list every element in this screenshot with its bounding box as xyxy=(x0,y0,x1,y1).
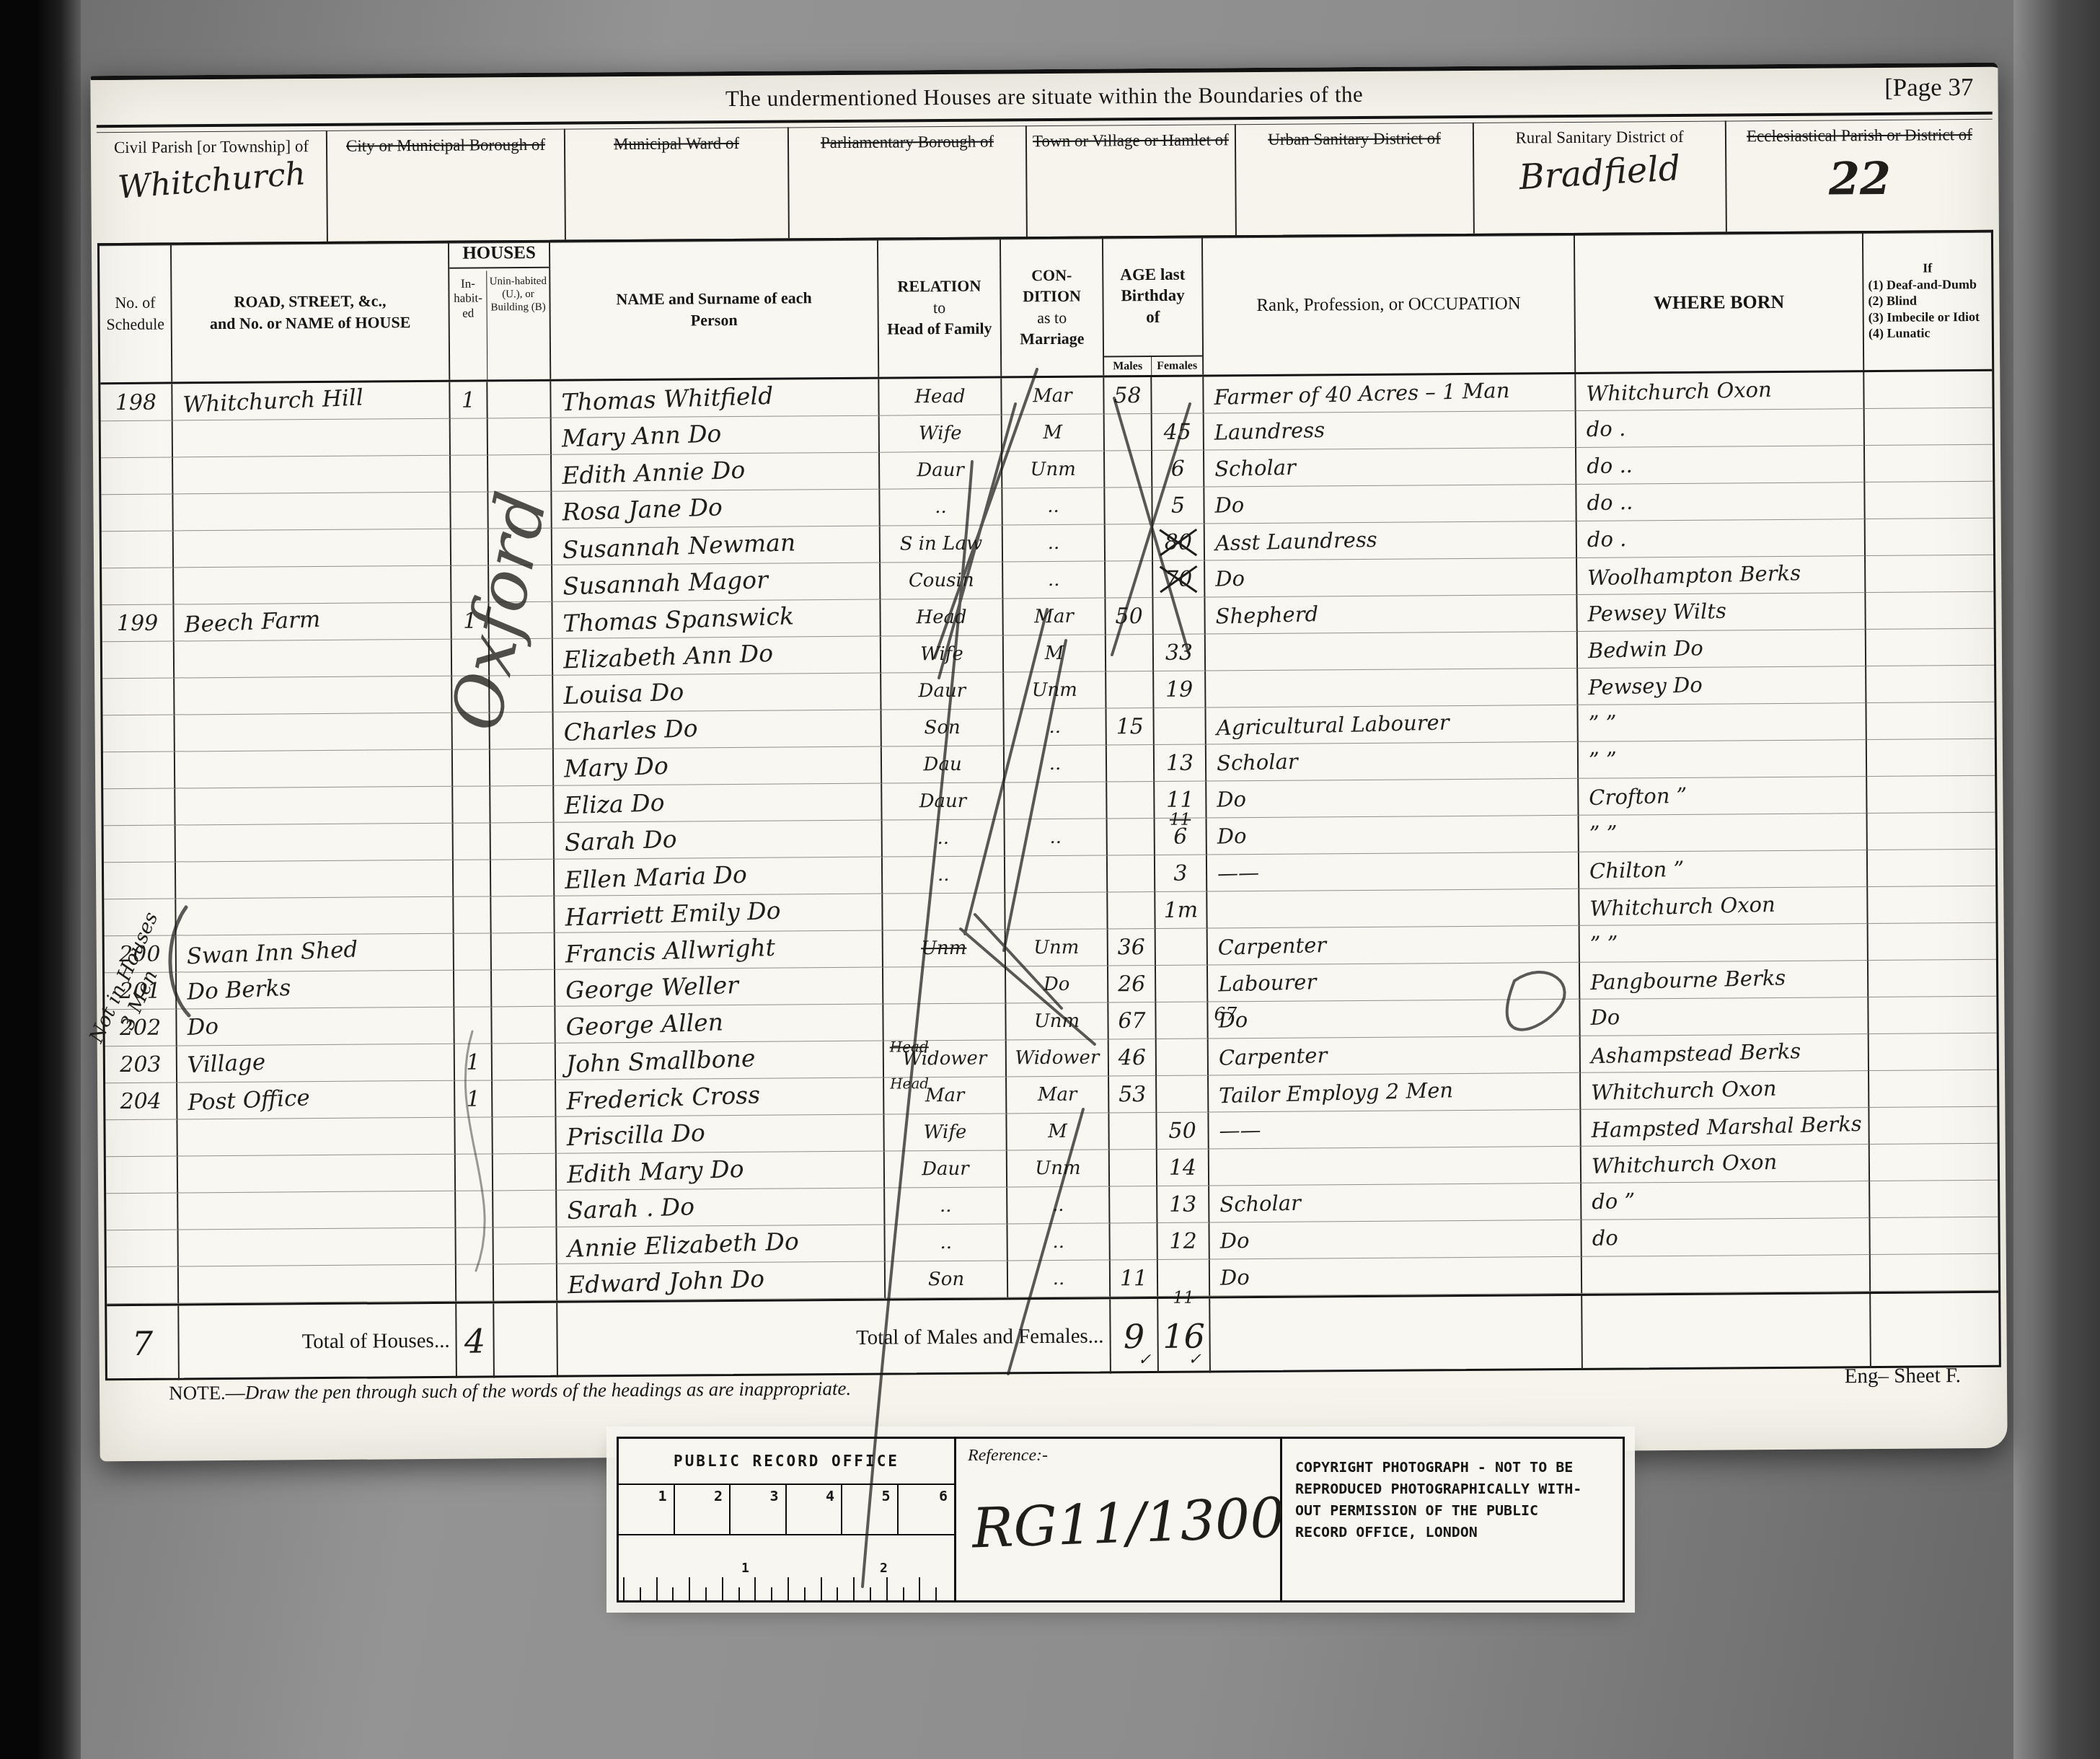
infirmity xyxy=(1865,445,1993,482)
age-female-text: 13 xyxy=(1169,1191,1196,1217)
pro-copyright-notice: COPYRIGHT PHOTOGRAPH - NOT TO BEREPRODUC… xyxy=(1282,1439,1623,1600)
houses-uninhabited xyxy=(493,1117,556,1155)
relation-to-head: S in Law xyxy=(881,525,1003,563)
district-box-0: Civil Parish [or Township] ofWhitchurch xyxy=(97,131,328,243)
totals-males: 9✓ xyxy=(1111,1299,1159,1373)
schedule-number xyxy=(101,494,173,532)
person-name: Rosa Jane Do xyxy=(552,490,880,529)
schedule-number xyxy=(104,825,176,863)
where-born-text: do xyxy=(1592,1225,1618,1251)
pro-copyright-line: OUT PERMISSION OF THE PUBLIC xyxy=(1295,1499,1610,1521)
road-house-name xyxy=(178,1155,456,1194)
where-born: Bedwin Do xyxy=(1578,630,1866,669)
road-house-name xyxy=(175,787,453,826)
occupation-text: Do xyxy=(1219,1228,1250,1253)
age-male: 15 xyxy=(1106,708,1154,745)
infirmity xyxy=(1869,1033,1997,1071)
col-header-name: NAME and Surname of eachPerson xyxy=(550,240,879,379)
person-name-text: George Allen xyxy=(565,1008,724,1041)
person-name-text: Edward John Do xyxy=(567,1264,764,1299)
marriage-condition: Widower xyxy=(1007,1039,1109,1077)
age-female: 1111 xyxy=(1155,781,1206,819)
marriage-condition-text: Unm xyxy=(1032,679,1078,701)
infirmity xyxy=(1866,629,1994,666)
age-male xyxy=(1106,561,1153,598)
public-record-office-strip: PUBLIC RECORD OFFICE 123456 1 2 Referenc… xyxy=(617,1437,1625,1603)
age-female: 3 xyxy=(1155,855,1207,892)
occupation: —— xyxy=(1207,852,1579,892)
col-header-houses: HOUSES In-habit-ed Unin-habited (U.), or… xyxy=(449,242,551,380)
pro-ruler-section: PUBLIC RECORD OFFICE 123456 1 2 xyxy=(619,1439,956,1600)
age-female xyxy=(1156,1002,1208,1039)
age-male xyxy=(1110,1223,1157,1260)
relation-to-head-text: Son xyxy=(924,717,960,739)
schedule-number xyxy=(103,788,175,826)
infirmity xyxy=(1865,482,1993,519)
where-born-text: ” ” xyxy=(1589,931,1618,956)
marriage-condition-text: M xyxy=(1048,1121,1067,1142)
houses-inhabited-text: 1 xyxy=(466,1049,480,1075)
relation-to-head: .. xyxy=(883,819,1005,857)
road-house-name: Post Office xyxy=(177,1081,455,1120)
relation-to-head: Daur xyxy=(882,782,1005,820)
pro-ruler-numbers: 123456 xyxy=(619,1485,954,1535)
schedule-number xyxy=(103,751,175,789)
relation-to-head xyxy=(883,893,1005,930)
age-male xyxy=(1110,1150,1157,1186)
footer-note: NOTE.—Draw the pen through such of the w… xyxy=(169,1377,851,1405)
age-male xyxy=(1108,855,1155,892)
relation-to-head: Dau xyxy=(882,746,1005,783)
relation-to-head-text: Daur xyxy=(918,680,966,702)
col-header-females: Females xyxy=(1152,356,1202,375)
houses-uninhabited xyxy=(494,1264,557,1302)
marriage-condition: Unm xyxy=(1004,671,1106,709)
person-name: Priscilla Do xyxy=(556,1115,884,1154)
relation-to-head: Cousin xyxy=(881,562,1003,599)
occupation-text: Do xyxy=(1215,566,1245,591)
houses-inhabited xyxy=(455,1117,493,1154)
houses-inhabited xyxy=(453,749,490,786)
person-name: Susannah Newman xyxy=(552,526,881,565)
road-house-name-text: Do Berks xyxy=(186,975,291,1005)
road-house-name: Village xyxy=(177,1044,455,1083)
person-name-text: Frederick Cross xyxy=(566,1080,761,1115)
relation-to-head: .. xyxy=(885,1224,1007,1261)
road-house-name-text: Swan Inn Shed xyxy=(186,937,358,970)
marriage-condition-text: Mar xyxy=(1034,606,1074,627)
occupation: Do xyxy=(1207,816,1579,855)
district-header-band: Civil Parish [or Township] ofWhitchurchC… xyxy=(97,119,1993,246)
occupation-text: Scholar xyxy=(1214,455,1296,482)
handwritten-value: Whitchurch xyxy=(116,155,306,206)
schedule-number: 204 xyxy=(105,1083,177,1120)
houses-inhabited xyxy=(453,786,490,823)
sheet-series-label: Eng– Sheet F. xyxy=(1845,1364,1961,1388)
person-name-text: Edith Mary Do xyxy=(566,1154,744,1188)
occupation: Scholar xyxy=(1209,1183,1581,1223)
person-name: Eliza Do xyxy=(554,784,882,823)
table-header-row: No. ofSchedule ROAD, STREET, &c.,and No.… xyxy=(100,232,1992,384)
relation-superscript: Head xyxy=(890,1038,929,1055)
where-born-text: Crofton ” xyxy=(1589,783,1687,810)
person-name: Sarah . Do xyxy=(557,1189,885,1227)
schedule-number xyxy=(106,1193,178,1230)
where-born-text: do .. xyxy=(1587,453,1633,479)
marriage-condition: Mar xyxy=(1003,598,1106,635)
infirmity xyxy=(1869,1070,1997,1108)
age-female-text: 19 xyxy=(1165,676,1193,702)
age-female-text: 12 xyxy=(1169,1228,1196,1253)
marriage-condition-text: Do xyxy=(1044,974,1070,995)
occupation-text: Carpenter xyxy=(1218,1043,1327,1070)
marriage-condition: .. xyxy=(1007,1223,1110,1261)
where-born: Whitchurch Oxon xyxy=(1581,1071,1869,1110)
relation-to-head-text: Daur xyxy=(917,459,964,481)
person-name-text: Sarah . Do xyxy=(567,1192,695,1225)
houses-inhabited xyxy=(454,860,491,896)
age-female-text: 70 xyxy=(1165,566,1192,591)
age-male xyxy=(1106,524,1153,561)
col-header-road: ROAD, STREET, &c.,and No. or NAME of HOU… xyxy=(172,243,450,382)
occupation: Do xyxy=(1209,1220,1581,1260)
person-name-text: Rosa Jane Do xyxy=(562,493,723,526)
occupation: Carpenter xyxy=(1208,926,1580,966)
relation-to-head-text: Wife xyxy=(919,423,962,444)
age-female: 45 xyxy=(1152,413,1204,451)
marriage-condition: M xyxy=(1007,1113,1109,1150)
occupation: Asst Laundress xyxy=(1205,521,1577,561)
person-name: Edith Annie Do xyxy=(552,453,880,492)
occupation-margin-note: 67 xyxy=(1214,1003,1237,1024)
age-female-text: 14 xyxy=(1169,1155,1196,1180)
infirmity-header-line: (2) Blind xyxy=(1868,294,1917,309)
road-house-name-text: Beech Farm xyxy=(184,607,321,638)
where-born-text: do .. xyxy=(1587,490,1633,516)
relation-to-head: Daur xyxy=(880,451,1002,489)
relation-to-head: Daur xyxy=(885,1150,1007,1188)
road-house-name xyxy=(175,750,453,789)
where-born-text: do . xyxy=(1587,526,1626,552)
person-name-text: Harriett Emily Do xyxy=(565,896,781,931)
occupation-text: Do xyxy=(1217,824,1247,849)
relation-to-head-text: Dau xyxy=(923,754,961,775)
houses-uninhabited xyxy=(492,970,555,1008)
where-born-text: Whitchurch Oxon xyxy=(1592,1150,1778,1178)
houses-uninhabited xyxy=(491,823,555,860)
occupation-text: Shepherd xyxy=(1215,601,1318,628)
col-header-inhabited: In-habit-ed xyxy=(449,270,487,379)
where-born-text: ” ” xyxy=(1588,710,1617,736)
marriage-condition: Unm xyxy=(1007,1150,1110,1187)
relation-to-head-text: .. xyxy=(935,496,947,518)
pro-inch-1: 1 xyxy=(741,1561,749,1576)
pro-ruler-number: 3 xyxy=(731,1485,787,1534)
age-female xyxy=(1157,1075,1209,1113)
person-name: Susannah Magor xyxy=(552,563,881,602)
infirmity xyxy=(1866,519,1993,556)
district-box-label: Parliamentary Borough of xyxy=(821,132,994,154)
occupation: Scholar xyxy=(1206,742,1579,782)
relation-to-head: Wife xyxy=(881,635,1004,673)
pro-reference-value: RG11/1300 xyxy=(971,1485,1287,1560)
relation-to-head-text: Mar xyxy=(925,1085,965,1106)
totals-schedule: 7 xyxy=(107,1305,180,1380)
person-name-text: Francis Allwright xyxy=(565,933,775,968)
occupation-text: Agricultural Labourer xyxy=(1216,710,1450,740)
schedule-number xyxy=(102,568,174,605)
occupation xyxy=(1207,889,1579,929)
houses-inhabited xyxy=(451,418,488,455)
person-name-text: Priscilla Do xyxy=(566,1118,705,1150)
pro-copyright-line: REPRODUCED PHOTOGRAPHICALLY WITH- xyxy=(1295,1478,1610,1499)
marriage-condition xyxy=(1005,855,1108,893)
where-born: ” ” xyxy=(1578,703,1866,742)
photo-right-border xyxy=(2013,0,2100,1759)
road-house-name xyxy=(174,566,451,605)
age-male: 11 xyxy=(1111,1260,1158,1297)
infirmity-header-line: (3) Imbecile or Idiot xyxy=(1869,309,1980,326)
marriage-condition-text: .. xyxy=(1052,1231,1064,1253)
person-name-text: Edith Annie Do xyxy=(562,455,746,489)
age-female-text: 13 xyxy=(1166,750,1194,775)
age-male-text: 46 xyxy=(1119,1045,1146,1070)
district-box-1: City or Municipal Borough of xyxy=(327,129,566,242)
age-female: 19 xyxy=(1154,671,1206,708)
occupation: Do67 xyxy=(1208,1000,1580,1039)
occupation: Labourer xyxy=(1208,963,1580,1002)
person-name-text: Louisa Do xyxy=(563,677,684,710)
houses-inhabited-text: 1 xyxy=(462,387,475,413)
census-table: No. ofSchedule ROAD, STREET, &c.,and No.… xyxy=(97,230,2001,1380)
marriage-condition-text: .. xyxy=(1048,532,1060,554)
age-male xyxy=(1109,1113,1157,1150)
road-house-name xyxy=(176,860,454,899)
age-female xyxy=(1156,965,1208,1002)
person-name: Frederick Cross xyxy=(556,1078,884,1117)
age-female: 5 xyxy=(1152,487,1204,524)
totals-infirmity-blank xyxy=(1871,1293,1999,1368)
road-house-name: Beech Farm xyxy=(174,603,451,642)
relation-to-head: Wife xyxy=(880,415,1002,452)
person-name-text: Charles Do xyxy=(563,713,698,746)
age-male xyxy=(1107,745,1155,782)
age-male: 46 xyxy=(1109,1039,1157,1076)
person-name: George Allen xyxy=(555,1005,883,1044)
houses-inhabited xyxy=(456,1154,493,1191)
where-born-text: Do xyxy=(1590,1005,1620,1030)
age-female-text: 50 xyxy=(1168,1118,1196,1143)
occupation-text: Laundress xyxy=(1214,418,1325,445)
person-name: Edith Mary Do xyxy=(557,1152,885,1191)
houses-uninhabited xyxy=(493,1080,556,1118)
person-name: Charles Do xyxy=(554,710,882,749)
relation-to-head: Son xyxy=(881,709,1004,746)
age-female xyxy=(1157,1039,1209,1076)
road-house-name xyxy=(175,713,453,752)
road-house-name xyxy=(175,640,452,679)
age-female-text: 11 xyxy=(1166,787,1194,812)
age-female: 14 xyxy=(1157,1149,1209,1186)
infirmity xyxy=(1866,702,1994,740)
road-house-name xyxy=(173,493,451,532)
infirmity xyxy=(1870,1217,1998,1255)
col-header-schedule: No. ofSchedule xyxy=(100,244,172,382)
occupation: Shepherd xyxy=(1205,595,1577,635)
houses-inhabited: 1 xyxy=(450,382,487,418)
houses-inhabited-text: 1 xyxy=(467,1086,480,1111)
pro-ruler-number: 1 xyxy=(619,1485,675,1534)
schedule-number xyxy=(105,1119,177,1157)
person-name: Mary Ann Do xyxy=(552,416,880,455)
sheet-title: The undermentioned Houses are situate wi… xyxy=(90,77,1998,116)
marriage-condition xyxy=(1005,892,1108,930)
occupation: Do xyxy=(1206,779,1579,819)
col-header-age: AGE lastBirthdayof Males Females xyxy=(1103,237,1204,375)
person-name-text: John Smallbone xyxy=(565,1044,756,1078)
houses-inhabited xyxy=(456,1227,493,1264)
marriage-condition: Unm xyxy=(1006,929,1108,966)
totals-uninhabited xyxy=(494,1303,558,1378)
age-female: 6 xyxy=(1152,450,1204,488)
person-name: Elizabeth Ann Do xyxy=(553,637,881,676)
person-name: George Weller xyxy=(555,968,883,1007)
age-female: 33 xyxy=(1154,634,1206,671)
col-header-males: Males xyxy=(1104,357,1152,376)
schedule-number-text: 199 xyxy=(117,610,159,635)
district-box-label: City or Municipal Borough of xyxy=(346,135,545,157)
relation-to-head xyxy=(883,1003,1006,1041)
infirmity xyxy=(1868,886,1995,924)
person-name-text: Thomas Whitfield xyxy=(561,381,774,416)
road-house-name: Do xyxy=(177,1008,454,1046)
district-box-label: Civil Parish [or Township] of xyxy=(114,136,309,159)
marriage-condition: M xyxy=(1004,635,1106,672)
occupation: Scholar xyxy=(1204,448,1576,488)
occupation-text: Do xyxy=(1214,493,1245,518)
marriage-condition-text: .. xyxy=(1047,495,1059,517)
infirmity xyxy=(1870,1144,1998,1181)
person-name: Thomas Whitfield xyxy=(551,379,879,418)
person-name: Sarah Do xyxy=(555,821,883,860)
age-male-text: 67 xyxy=(1118,1008,1145,1033)
where-born-text: do ” xyxy=(1592,1189,1636,1214)
person-name-text: Thomas Spanswick xyxy=(562,601,795,638)
where-born-text: Pewsey Wilts xyxy=(1587,599,1726,627)
marriage-condition: Do xyxy=(1006,966,1108,1003)
age-male xyxy=(1108,892,1155,929)
houses-uninhabited xyxy=(488,455,552,493)
road-house-name xyxy=(176,897,454,936)
road-house-name xyxy=(179,1228,456,1267)
houses-uninhabited xyxy=(493,1191,557,1228)
age-male xyxy=(1110,1186,1157,1223)
where-born-text: Whitchurch Oxon xyxy=(1589,892,1775,921)
where-born: Crofton ” xyxy=(1579,777,1867,816)
age-female: 50 xyxy=(1157,1112,1209,1150)
person-name: Annie Elizabeth Do xyxy=(557,1225,885,1264)
pro-copyright-line: RECORD OFFICE, LONDON xyxy=(1295,1521,1610,1543)
marriage-condition: Unm xyxy=(1006,1002,1108,1040)
marriage-condition-text: Unm xyxy=(1033,937,1080,958)
schedule-number: 198 xyxy=(100,384,172,421)
age-male xyxy=(1105,414,1152,451)
occupation-text: Asst Laundress xyxy=(1214,527,1377,555)
occupation: —— xyxy=(1209,1110,1581,1150)
road-house-name-text: Village xyxy=(187,1049,266,1079)
where-born: do .. xyxy=(1576,482,1865,521)
age-male-text: 11 xyxy=(1120,1266,1147,1291)
district-box-label: Municipal Ward of xyxy=(614,133,739,155)
infirmity xyxy=(1869,997,1996,1034)
relation-to-head-text: Son xyxy=(928,1269,964,1290)
occupation xyxy=(1206,669,1578,708)
occupation-text: Do xyxy=(1220,1265,1250,1290)
marriage-condition-text: .. xyxy=(1053,1268,1065,1290)
age-female xyxy=(1156,928,1208,966)
where-born: Chilton ” xyxy=(1579,850,1868,889)
occupation-text: —— xyxy=(1219,1117,1261,1142)
relation-to-head-text: Cousin xyxy=(909,570,974,592)
age-male: 36 xyxy=(1108,929,1156,966)
where-born-text: Whitchurch Oxon xyxy=(1586,377,1772,406)
road-house-name xyxy=(179,1265,456,1304)
col-header-uninhabited: Unin-habited (U.), or Building (B) xyxy=(487,270,550,380)
relation-to-head-text: Wife xyxy=(920,643,963,665)
where-born: ” ” xyxy=(1579,740,1867,779)
person-name: Louisa Do xyxy=(553,674,881,713)
relation-to-head xyxy=(883,966,1006,1004)
occupation-text: Do xyxy=(1217,787,1247,812)
pro-inch-2: 2 xyxy=(880,1561,888,1576)
road-house-name-text: Whitchurch Hill xyxy=(182,384,364,418)
marriage-condition: .. xyxy=(1003,524,1106,562)
infirmity xyxy=(1871,1254,1998,1292)
scanned-census-photograph: { "photo": { "page_label": "[Page 37", "… xyxy=(0,0,2100,1759)
road-house-name xyxy=(177,1118,455,1157)
relation-to-head-text: .. xyxy=(940,1232,952,1253)
occupation xyxy=(1206,632,1578,671)
relation-to-head-text: Unm xyxy=(921,938,967,959)
infirmity xyxy=(1867,739,1995,777)
schedule-number xyxy=(107,1266,179,1304)
infirmity xyxy=(1867,776,1995,814)
marriage-condition-text: .. xyxy=(1049,753,1062,775)
where-born-text: Whitchurch Oxon xyxy=(1591,1076,1777,1105)
relation-to-head-text: Head xyxy=(914,386,965,407)
houses-inhabited xyxy=(456,1191,493,1227)
age-male xyxy=(1105,488,1152,524)
houses-inhabited xyxy=(454,823,491,860)
marriage-condition-text: Unm xyxy=(1030,459,1076,480)
where-born xyxy=(1582,1255,1871,1294)
houses-inhabited xyxy=(454,933,492,970)
houses-inhabited: 1 xyxy=(455,1044,493,1080)
age-male: 50 xyxy=(1106,598,1153,635)
schedule-number xyxy=(103,715,175,752)
houses-uninhabited xyxy=(492,933,555,971)
age-female-text: 3 xyxy=(1173,860,1187,886)
age-male-text: 15 xyxy=(1116,714,1143,739)
district-box-2: Municipal Ward of xyxy=(565,127,790,239)
where-born-text: Pangbourne Berks xyxy=(1590,966,1786,995)
person-name-text: Ellen Maria Do xyxy=(565,860,748,894)
relation-to-head: .. xyxy=(880,488,1002,526)
occupation-text: Labourer xyxy=(1218,969,1317,996)
pro-reference-label: Reference:- xyxy=(968,1446,1269,1465)
infirmity xyxy=(1866,555,1993,593)
age-female: 13 xyxy=(1157,1186,1209,1223)
